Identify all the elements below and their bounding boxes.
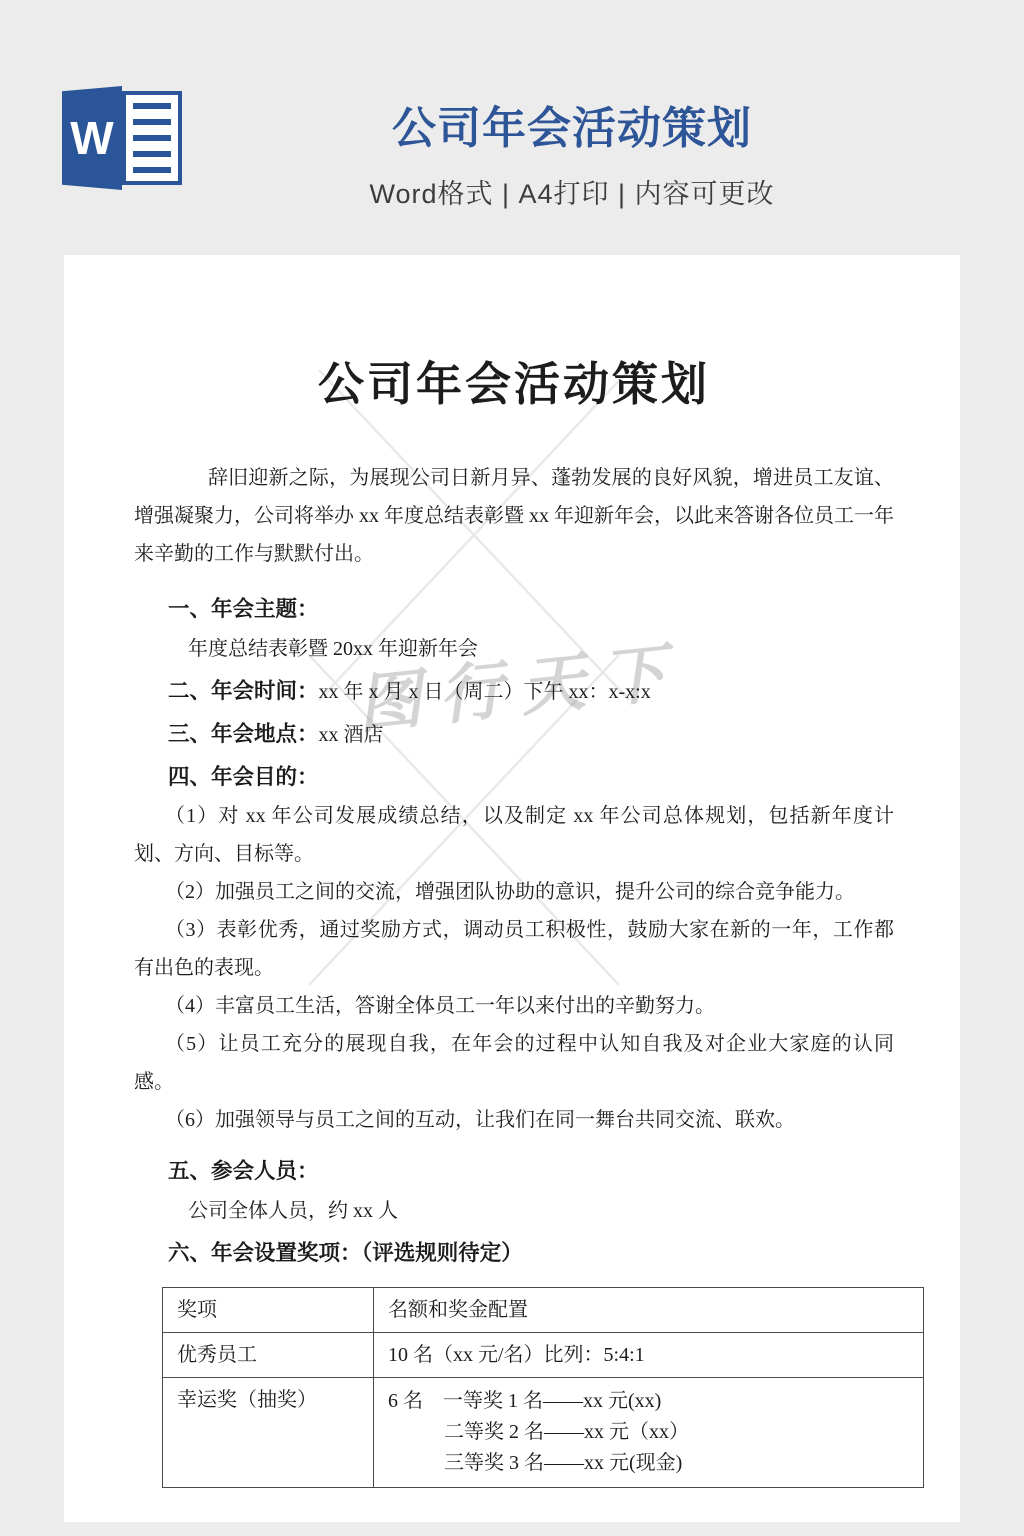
table-row: 优秀员工 10 名（xx 元/名）比列：5:4:1 — [163, 1333, 924, 1378]
prize-line-1: 6 名 一等奖 1 名——xx 元(xx) — [388, 1386, 909, 1417]
section-inline-2: xx 年 x 月 x 日（周二）下午 xx：x-x:x — [319, 681, 651, 703]
purpose-item-3: （3）表彰优秀，通过奖励方式，调动员工积极性，鼓励大家在新的一年，工作都有出色的… — [134, 911, 894, 987]
section-heading-5: 五、参会人员： — [134, 1151, 894, 1191]
banner-title: 公司年会活动策划 — [120, 92, 1024, 156]
prize-line-3: 三等奖 3 名——xx 元(现金) — [444, 1448, 909, 1479]
table-header-award: 奖项 — [163, 1288, 374, 1333]
section-heading-2-label: 二、年会时间： — [168, 679, 319, 703]
section-heading-3: 三、年会地点：xx 酒店 — [134, 714, 894, 755]
table-header-row: 奖项 名额和奖金配置 — [163, 1288, 924, 1333]
purpose-item-2: （2）加强员工之间的交流，增强团队协助的意识，提升公司的综合竞争能力。 — [134, 873, 894, 911]
banner-subtitle: Word格式 | A4打印 | 内容可更改 — [120, 172, 1024, 211]
section-body-5: 公司全体人员，约 xx 人 — [134, 1191, 894, 1231]
document-title: 公司年会活动策划 — [134, 355, 894, 415]
prize-line-2: 二等奖 2 名——xx 元（xx） — [444, 1417, 909, 1448]
intro-paragraph: 辞旧迎新之际，为展现公司日新月异、蓬勃发展的良好风貌，增进员工友谊、增强凝聚力，… — [134, 459, 894, 573]
section-heading-4: 四、年会目的： — [134, 757, 894, 797]
section-heading-6: 六、年会设置奖项：（评选规则待定） — [134, 1233, 894, 1273]
table-row: 幸运奖（抽奖） 6 名 一等奖 1 名——xx 元(xx) 二等奖 2 名——x… — [163, 1378, 924, 1488]
purpose-item-1: （1）对 xx 年公司发展成绩总结，以及制定 xx 年公司总体规划，包括新年度计… — [134, 797, 894, 873]
document-page: 图行天下 公司年会活动策划 辞旧迎新之际，为展现公司日新月异、蓬勃发展的良好风貌… — [64, 255, 960, 1522]
purpose-item-4: （4）丰富员工生活，答谢全体员工一年以来付出的辛勤努力。 — [134, 987, 894, 1025]
section-heading-1: 一、年会主题： — [134, 589, 894, 629]
section-heading-2: 二、年会时间：xx 年 x 月 x 日（周二）下午 xx：x-x:x — [134, 671, 894, 712]
table-header-config: 名额和奖金配置 — [374, 1288, 924, 1333]
award-table: 奖项 名额和奖金配置 优秀员工 10 名（xx 元/名）比列：5:4:1 幸运奖… — [162, 1287, 924, 1488]
purpose-item-6: （6）加强领导与员工之间的互动，让我们在同一舞台共同交流、联欢。 — [134, 1101, 894, 1139]
award-name-cell: 幸运奖（抽奖） — [163, 1378, 374, 1488]
section-heading-3-label: 三、年会地点： — [168, 722, 319, 746]
award-config-cell: 10 名（xx 元/名）比列：5:4:1 — [374, 1333, 924, 1378]
template-banner: W 公司年会活动策划 Word格式 | A4打印 | 内容可更改 — [0, 0, 1024, 255]
section-inline-3: xx 酒店 — [319, 724, 384, 746]
award-name-cell: 优秀员工 — [163, 1333, 374, 1378]
document-content: 公司年会活动策划 辞旧迎新之际，为展现公司日新月异、蓬勃发展的良好风貌，增进员工… — [64, 255, 960, 1488]
section-body-1: 年度总结表彰暨 20xx 年迎新年会 — [134, 629, 894, 669]
purpose-item-5: （5）让员工充分的展现自我，在年会的过程中认知自我及对企业大家庭的认同感。 — [134, 1025, 894, 1101]
banner-text: 公司年会活动策划 Word格式 | A4打印 | 内容可更改 — [0, 92, 1024, 211]
award-config-cell: 6 名 一等奖 1 名——xx 元(xx) 二等奖 2 名——xx 元（xx） … — [374, 1378, 924, 1488]
